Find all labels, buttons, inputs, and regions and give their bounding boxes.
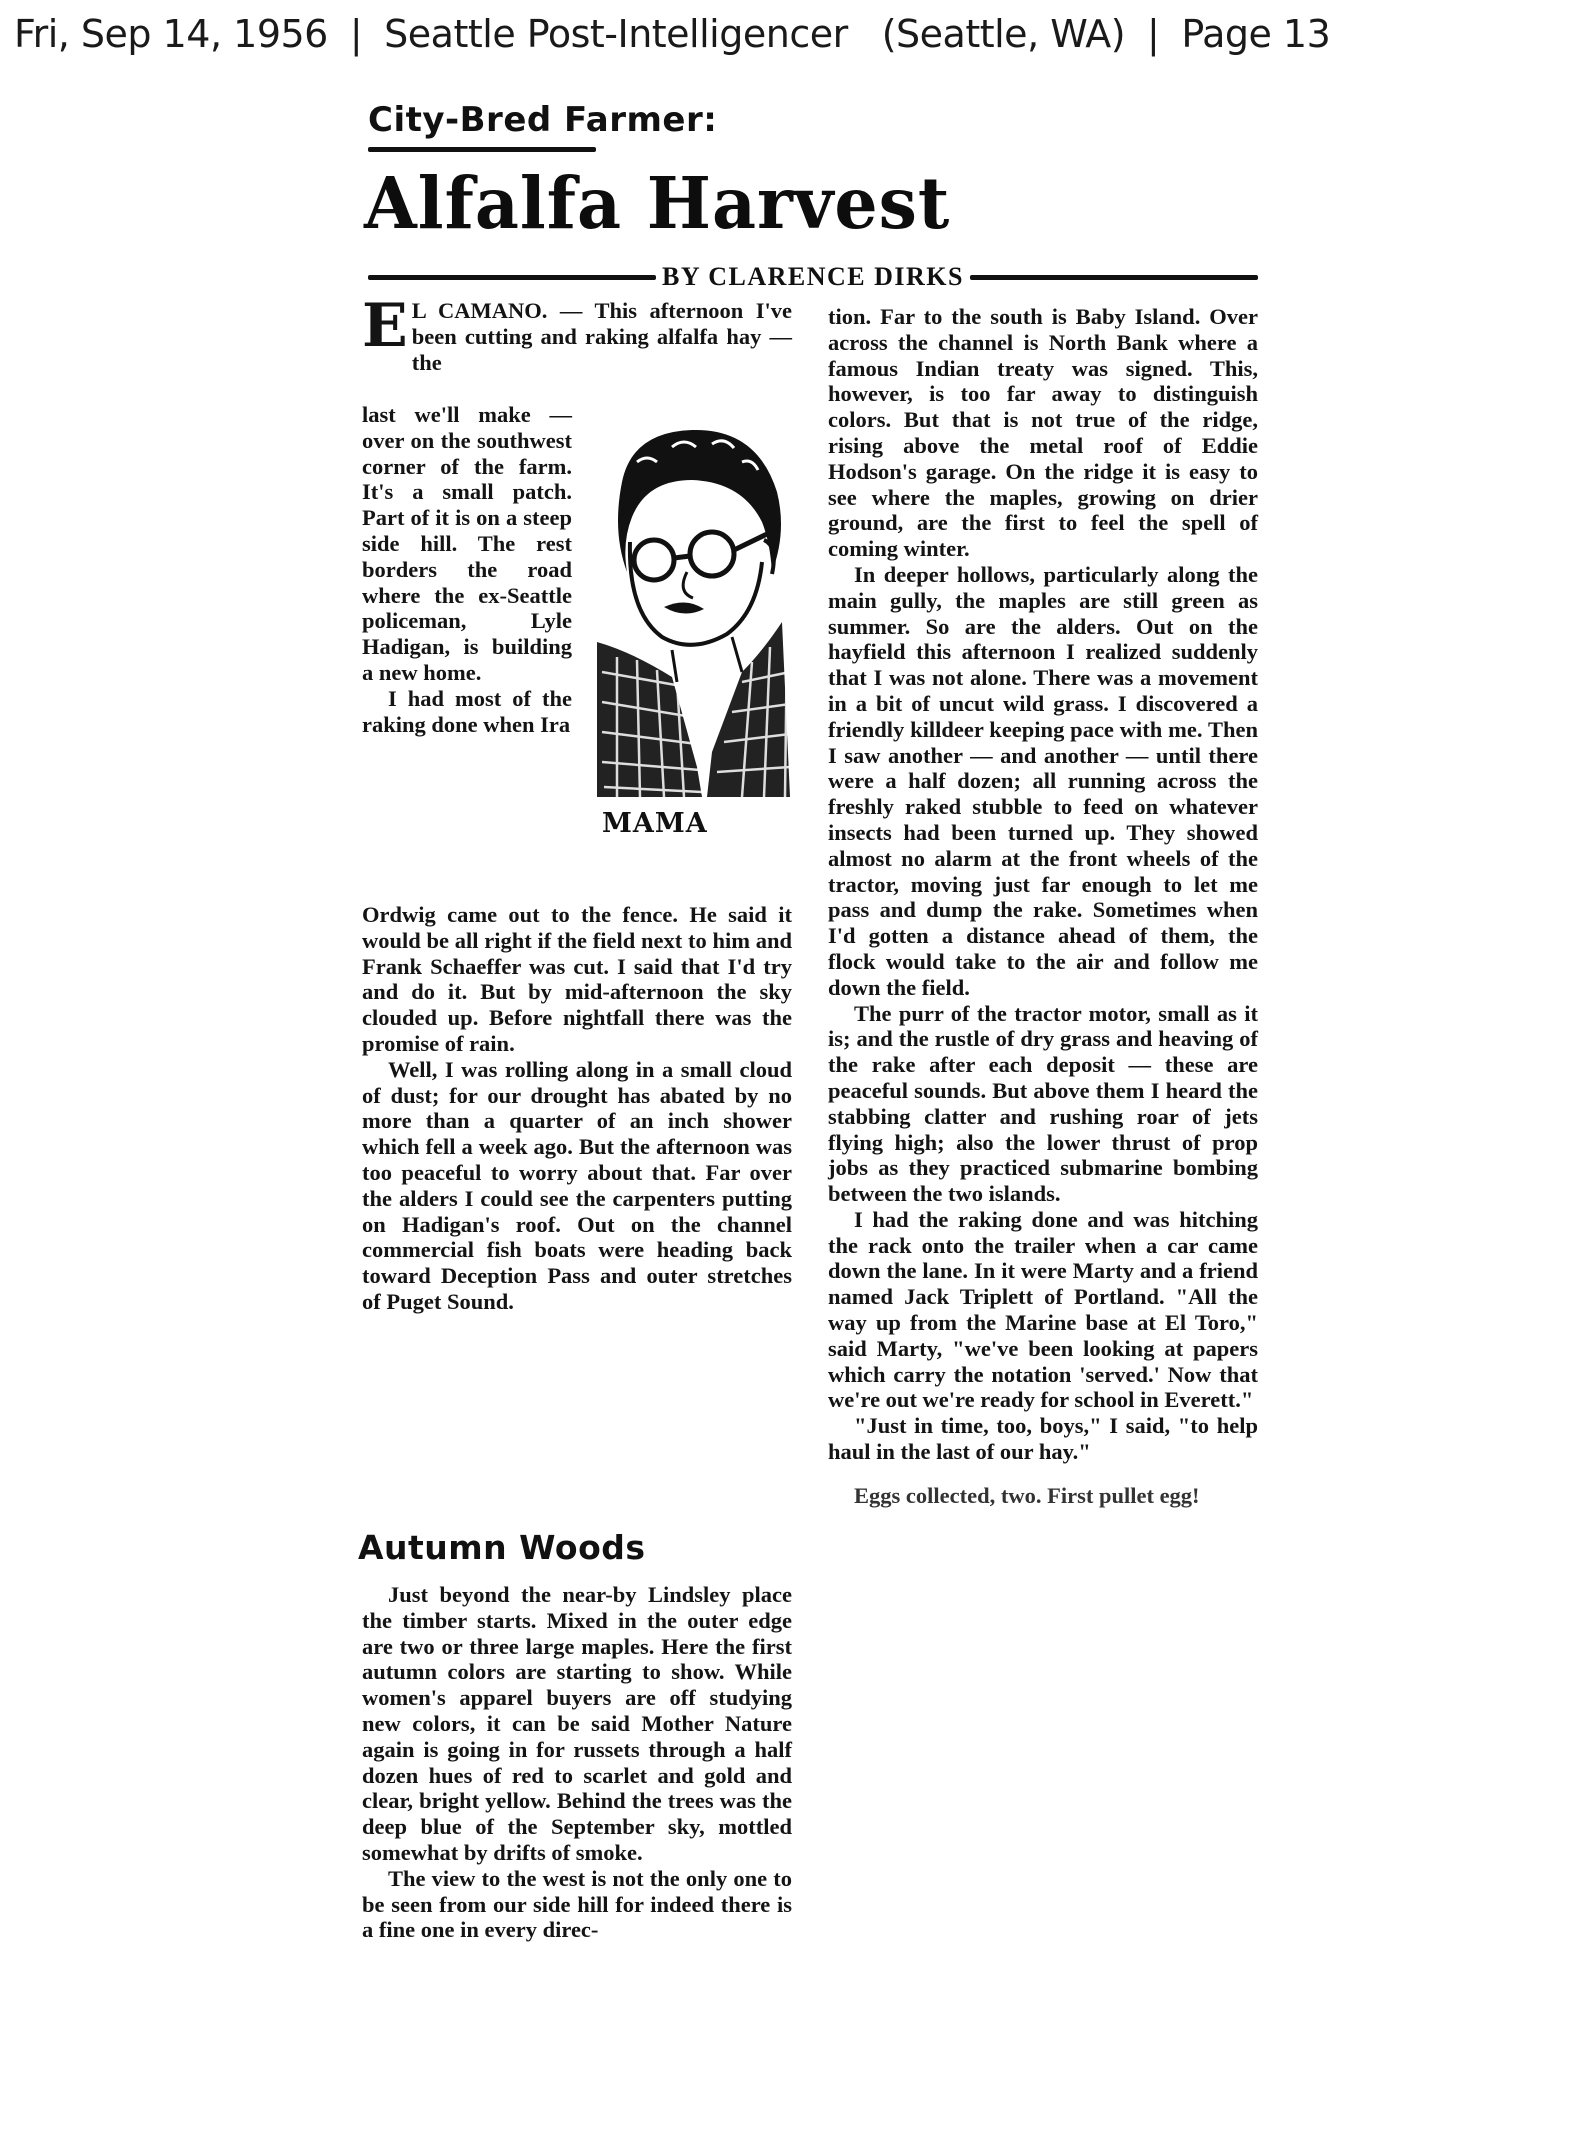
portrait-sketch-icon	[592, 422, 792, 802]
paragraph: In deeper hollows, particularly along th…	[828, 562, 1258, 1001]
paragraph: last we'll make — over on the southwest …	[362, 402, 572, 686]
publication-date: Fri, Sep 14, 1956	[14, 12, 328, 56]
paragraph: The view to the west is not the only one…	[362, 1866, 792, 1943]
paragraph: tion. Far to the south is Baby Island. O…	[828, 304, 1258, 562]
autumn-woods-section: Just beyond the near-by Lindsley place t…	[362, 1582, 792, 1943]
paragraph: The purr of the tractor motor, small as …	[828, 1001, 1258, 1207]
right-column-body: tion. Far to the south is Baby Island. O…	[828, 304, 1258, 1509]
lead-paragraph: E L CAMANO. — This afternoon I've been c…	[362, 298, 792, 375]
byline-rule-right	[970, 275, 1258, 280]
page-citation-header: Fri, Sep 14, 1956 | Seattle Post-Intelli…	[14, 6, 1330, 62]
paragraph: "Just in time, too, boys," I said, "to h…	[828, 1413, 1258, 1465]
drop-cap: E	[362, 300, 408, 352]
article-headline: Alfalfa Harvest	[364, 162, 950, 246]
paragraph: I had most of the raking done when Ira	[362, 686, 572, 738]
newspaper-location: (Seattle, WA)	[882, 12, 1125, 56]
newspaper-name: Seattle Post-Intelligencer	[384, 12, 848, 56]
newspaper-clipping: City-Bred Farmer: Alfalfa Harvest BY CLA…	[352, 92, 1262, 2144]
paragraph: Just beyond the near-by Lindsley place t…	[362, 1582, 792, 1866]
page-number: Page 13	[1181, 12, 1330, 56]
kicker-underline	[368, 147, 596, 152]
byline-row: BY CLARENCE DIRKS	[368, 262, 1258, 292]
narrow-column-text: last we'll make — over on the southwest …	[362, 402, 572, 737]
column-kicker: City-Bred Farmer:	[368, 100, 717, 140]
byline-rule-left	[368, 275, 656, 280]
illustration-caption: MAMA	[602, 808, 708, 839]
lead-text: L CAMANO. — This afternoon I've been cut…	[412, 298, 792, 375]
byline: BY CLARENCE DIRKS	[656, 262, 970, 292]
separator: |	[350, 12, 362, 56]
closing-note: Eggs collected, two. First pullet egg!	[828, 1483, 1258, 1509]
paragraph: I had the raking done and was hitching t…	[828, 1207, 1258, 1413]
section-subhead: Autumn Woods	[358, 1528, 646, 1567]
paragraph: Well, I was rolling along in a small clo…	[362, 1057, 792, 1315]
separator: |	[1147, 12, 1159, 56]
left-column-body: Ordwig came out to the fence. He said it…	[362, 902, 792, 1315]
paragraph: Ordwig came out to the fence. He said it…	[362, 902, 792, 1057]
